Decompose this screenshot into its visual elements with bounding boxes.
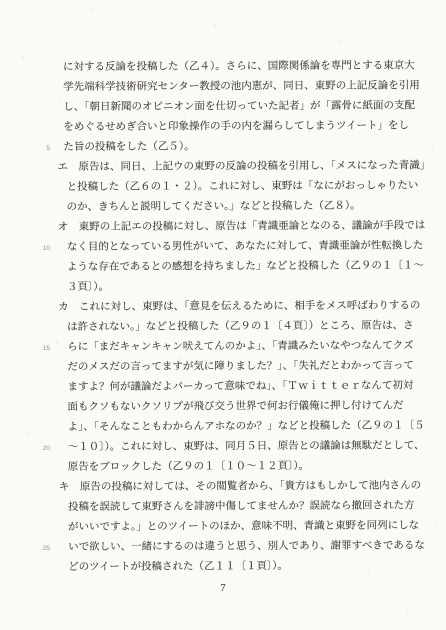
speckle-dot xyxy=(229,599,230,600)
paragraph-label: エ xyxy=(57,158,78,178)
text-line: カこれに対し、東野は、「意見を伝えるために、相手をメス呼ばわりするの xyxy=(57,296,439,318)
text-line: いで欲しい、一緒にするのは違うと思う、別人であり、謝罪すべきであるな xyxy=(58,536,440,558)
speckle-dot xyxy=(11,477,12,478)
text-line: ますよ？何が議論だよバーカって意味でね」、「Ｔｗｉｔｔｅｒなんて初対 xyxy=(57,376,439,398)
paragraph-label: キ xyxy=(59,478,80,498)
speckle-dot xyxy=(22,56,24,58)
margin-line-number: 10 xyxy=(38,245,50,252)
speckle-dot xyxy=(75,53,76,54)
margin-line-number: 5 xyxy=(38,145,50,152)
paragraph-label: カ xyxy=(58,298,79,318)
margin-line-number: 25 xyxy=(38,545,50,552)
page-number: 7 xyxy=(0,583,446,594)
text-line: をめぐるせめぎ合いと印象操作の手の内を漏らしてしまうツイート」をし xyxy=(56,116,438,138)
text-line-content: 原告は、同日、上記ウの東野の反論の投稿を引用し、「メスになった青識」 xyxy=(78,160,430,173)
speckle-dot xyxy=(353,615,354,616)
text-line: だのメスだの言ってますが気に障りました？」、「失礼だとわかって言って xyxy=(57,356,439,378)
speckle-dot xyxy=(41,387,42,388)
text-line: よ」、「そんなこともわからんアホなのか？」などと投稿した（乙９の１〔５ xyxy=(58,416,440,438)
text-line: らに「まだキャンキャン吠えてんのかよ」、「青識みたいなやつなんてクズ xyxy=(57,336,439,358)
speckle-dot xyxy=(26,432,28,434)
text-line: なく目的となっている男性がいて、あなたに対して、青識亜論が性転換した xyxy=(57,236,439,258)
text-line: 面もクソもないクソリプが飛び交う世界で何お行儀俺に押し付けてんだ xyxy=(57,396,439,418)
text-line-content: 原告の投稿に対しては、その閲覧者から、「貴方はもしかして池内さんの xyxy=(80,480,421,492)
paragraph-エ: エ原告は、同日、上記ウの東野の反論の投稿を引用し、「メスになった青識」と投稿した… xyxy=(56,156,438,218)
text-line: ３頁〕）。 xyxy=(57,276,439,298)
text-line: どのツイートが投稿された（乙１１〔１頁〕）。 xyxy=(58,556,440,578)
paragraph-オ: オ東野の上記エの投稿に対し、原告は「青識亜論となのる、議論が手段ではなく目的とな… xyxy=(57,216,439,298)
text-line: がいいですよ。」とのツイートのほか、意味不明、青識と東野を同列にしな xyxy=(58,516,440,538)
document-text: に対する反論を投稿した（乙４）。さらに、国際関係論を専門とする東京大学先端科学技… xyxy=(56,56,440,578)
text-line: た旨の投稿をした（乙５）。 xyxy=(56,136,438,158)
text-line: し、「朝日新聞のオピニオン面を仕切っていた記者」が「露骨に紙面の支配 xyxy=(56,96,438,118)
text-line: のか、きちんと説明してください。」などと投稿した（乙８）。 xyxy=(57,196,439,218)
margin-line-number: 20 xyxy=(38,445,50,452)
document-page: 510152025 に対する反論を投稿した（乙４）。さらに、国際関係論を専門とす… xyxy=(0,0,446,630)
speckle-dot xyxy=(90,8,92,10)
text-line: は許されない。」などと投稿した（乙９の１〔４頁〕）ところ、原告は、さ xyxy=(57,316,439,338)
speckle-dot xyxy=(7,101,8,102)
text-line: 学先端科学技術研究センター教授の池内恵が、同日、東野の上記反論を引用 xyxy=(56,76,438,98)
paragraph-label: オ xyxy=(58,218,79,238)
text-line: エ原告は、同日、上記ウの東野の反論の投稿を引用し、「メスになった青識」 xyxy=(56,156,438,178)
speckle-dot xyxy=(406,612,408,614)
paragraph-キ: キ原告の投稿に対しては、その閲覧者から、「貴方はもしかして池内さんの投稿を誤読し… xyxy=(58,476,440,578)
speckle-dot xyxy=(338,40,340,42)
text-line: 原告をブロックした（乙９の１〔１０～１２頁〕）。 xyxy=(58,456,440,478)
text-line-content: 東野の上記エの投稿に対し、原告は「青識亜論となのる、議論が手段では xyxy=(79,220,426,233)
margin-line-number: 15 xyxy=(38,345,50,352)
text-line: に対する反論を投稿した（乙４）。さらに、国際関係論を専門とする東京大 xyxy=(56,56,438,78)
paragraph-continued: に対する反論を投稿した（乙４）。さらに、国際関係論を専門とする東京大学先端科学技… xyxy=(56,56,438,158)
text-line: ～１０〕）。これに対し、東野は、同月５日、原告との議論は無駄だとして、 xyxy=(58,436,440,458)
text-line: キ原告の投稿に対しては、その閲覧者から、「貴方はもしかして池内さんの xyxy=(58,476,440,498)
text-line: と投稿した（乙６の１・２）。これに対し、東野は「なにがおっしゃりたい xyxy=(57,176,439,198)
text-line-content: これに対し、東野は、「意見を伝えるために、相手をメス呼ばわりするの xyxy=(79,300,420,312)
speckle-dot xyxy=(37,11,38,12)
text-line: オ東野の上記エの投稿に対し、原告は「青識亜論となのる、議論が手段では xyxy=(57,216,439,238)
paragraph-カ: カこれに対し、東野は、「意見を伝えるために、相手をメス呼ばわりするのは許されない… xyxy=(57,296,440,478)
speckle-dot xyxy=(214,24,216,26)
text-line: ような存在であるとの感想を持ちました」などと投稿した（乙９の１〔１～ xyxy=(57,256,439,278)
text-line: 投稿を誤読して東野さんを誹謗中傷してませんか？誤読なら撤回された方 xyxy=(58,496,440,518)
